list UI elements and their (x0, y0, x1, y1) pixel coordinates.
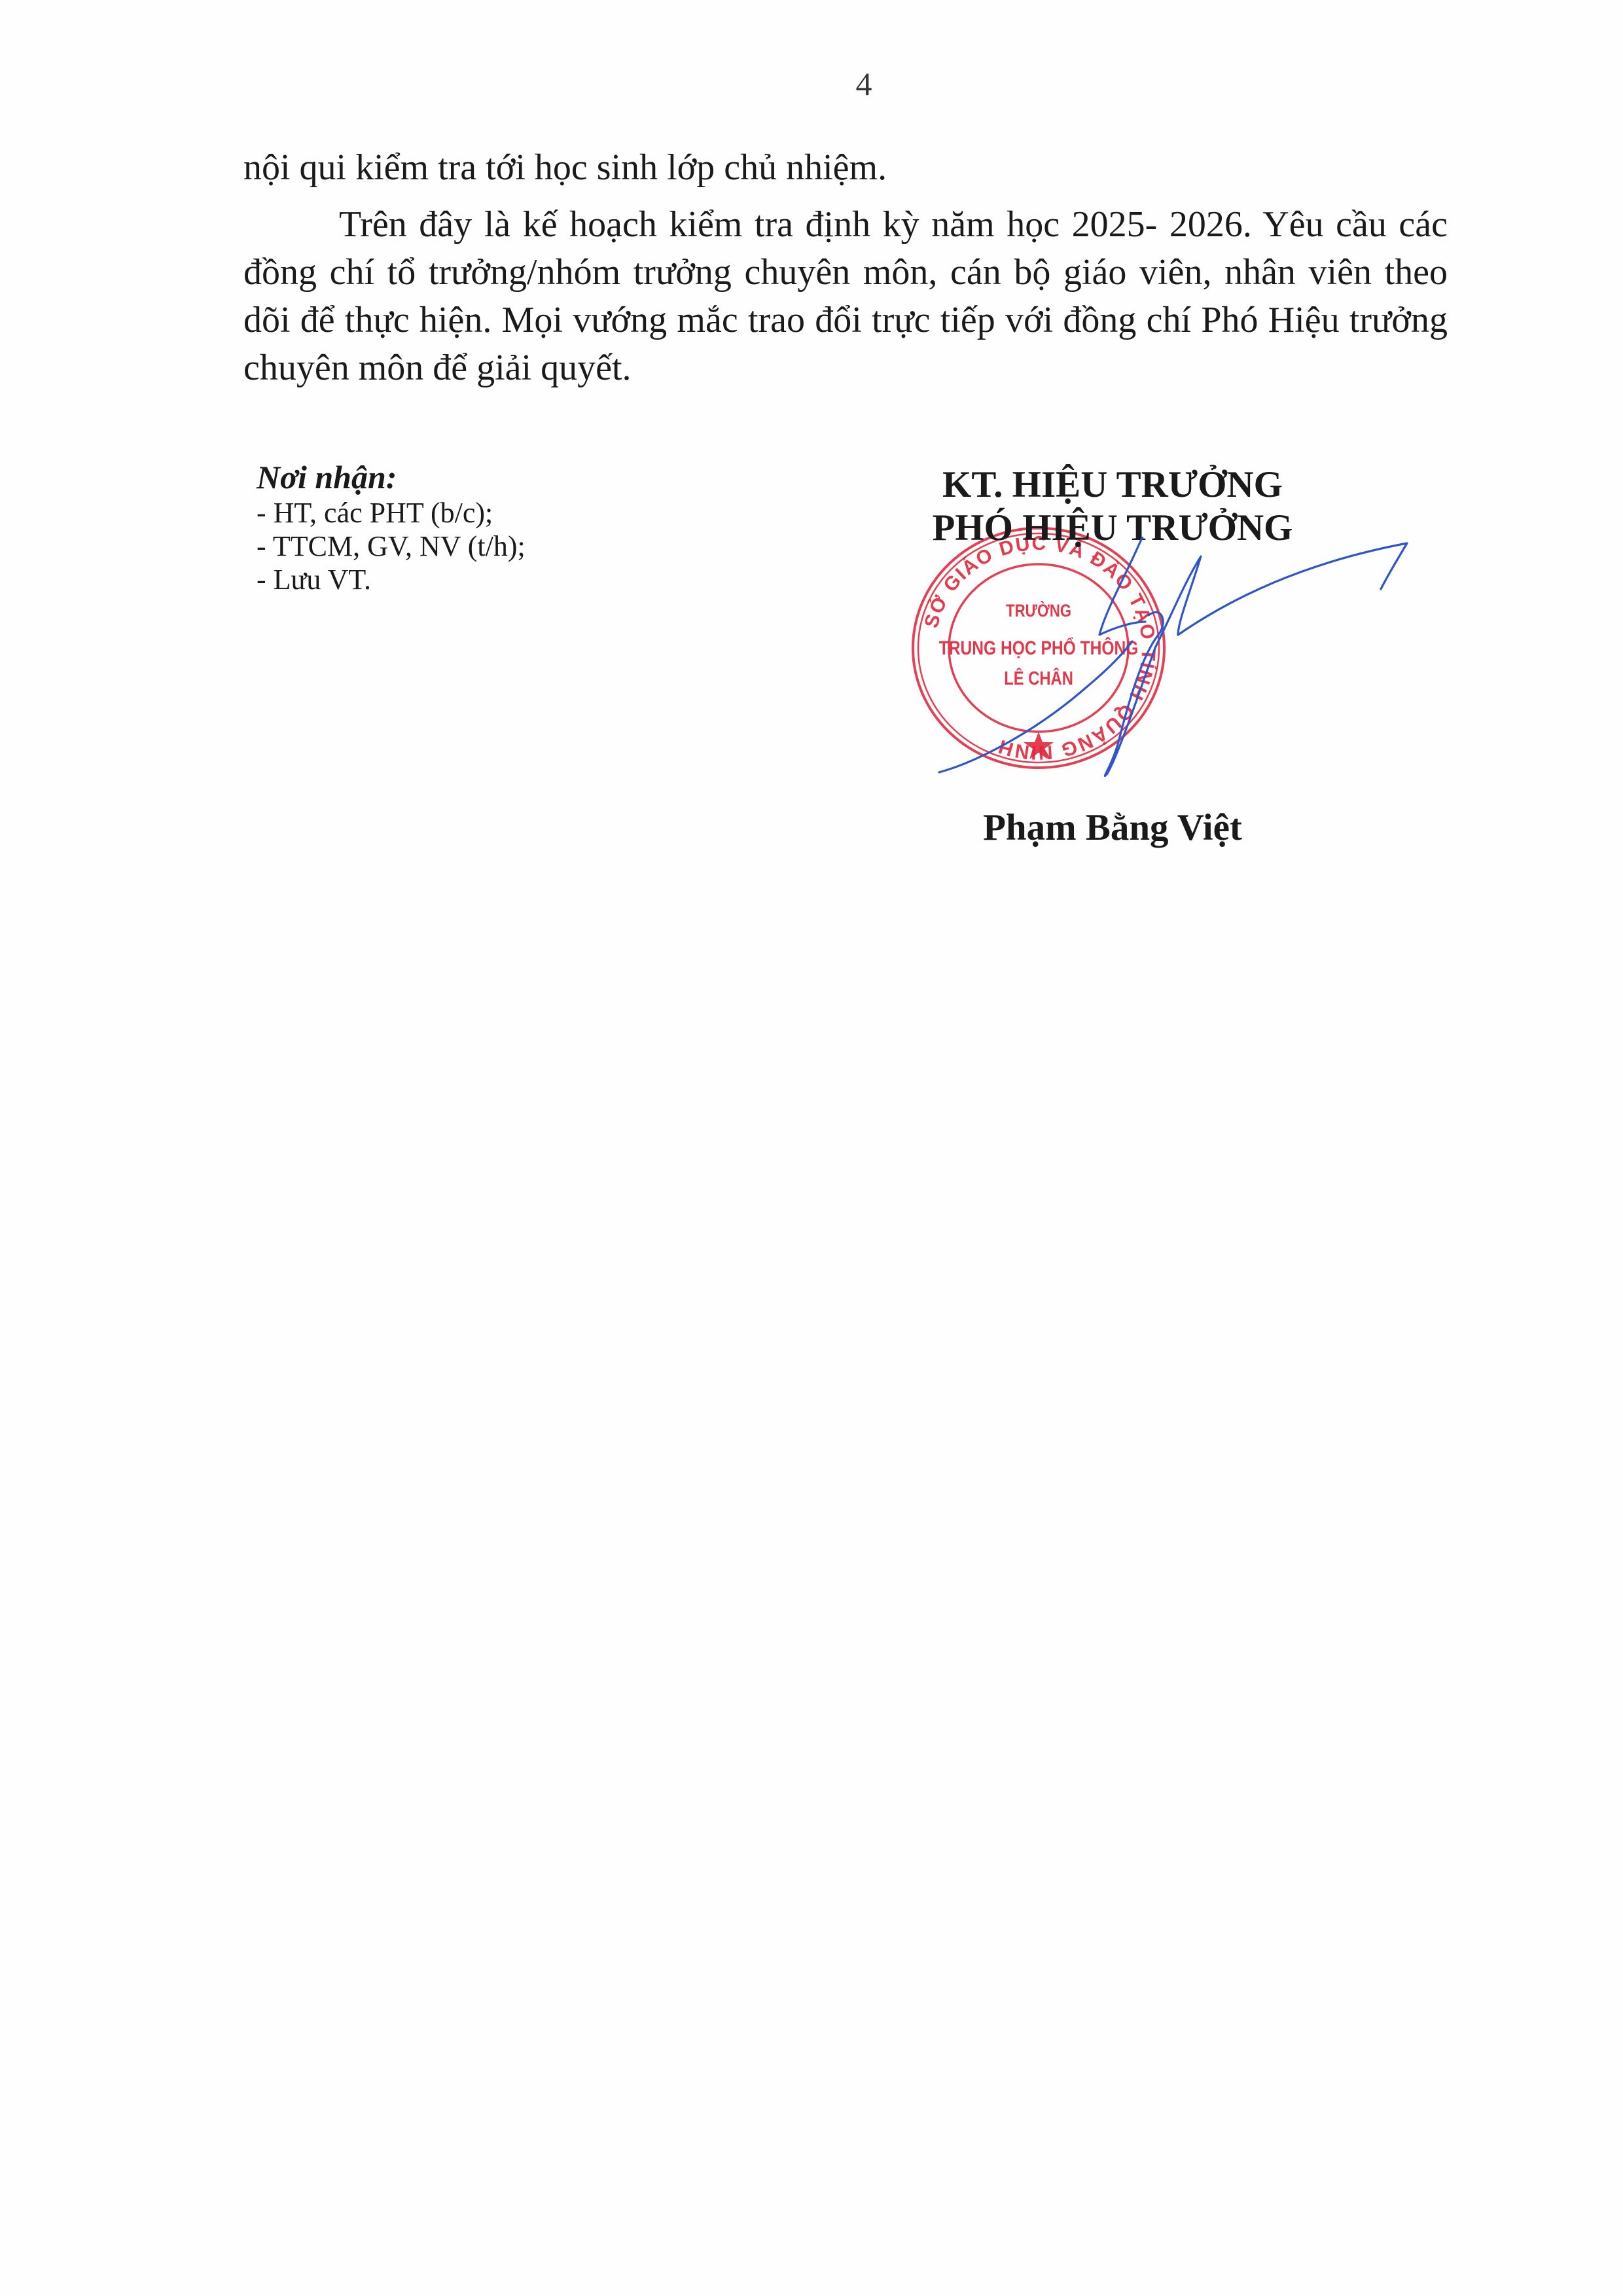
recipients-label: Nơi nhận: (257, 458, 715, 496)
signature-icon (936, 537, 1433, 785)
signer-authority-title: KT. HIỆU TRƯỞNG (864, 463, 1361, 507)
body-text: nội qui kiểm tra tới học sinh lớp chủ nh… (243, 144, 1448, 392)
recipient-item: - Lưu VT. (257, 563, 715, 596)
document-page: 4 nội qui kiểm tra tới học sinh lớp chủ … (0, 0, 1623, 2296)
recipients-list: - HT, các PHT (b/c); - TTCM, GV, NV (t/h… (257, 496, 715, 596)
recipients-block: Nơi nhận: - HT, các PHT (b/c); - TTCM, G… (257, 458, 715, 596)
signer-name: Phạm Bằng Việt (864, 806, 1361, 850)
paragraph-continuation: nội qui kiểm tra tới học sinh lớp chủ nh… (243, 144, 1448, 192)
recipient-item: - TTCM, GV, NV (t/h); (257, 529, 715, 563)
recipient-item: - HT, các PHT (b/c); (257, 496, 715, 529)
page-number: 4 (851, 64, 877, 103)
closing-paragraph: Trên đây là kế hoạch kiểm tra định kỳ nă… (243, 201, 1448, 392)
